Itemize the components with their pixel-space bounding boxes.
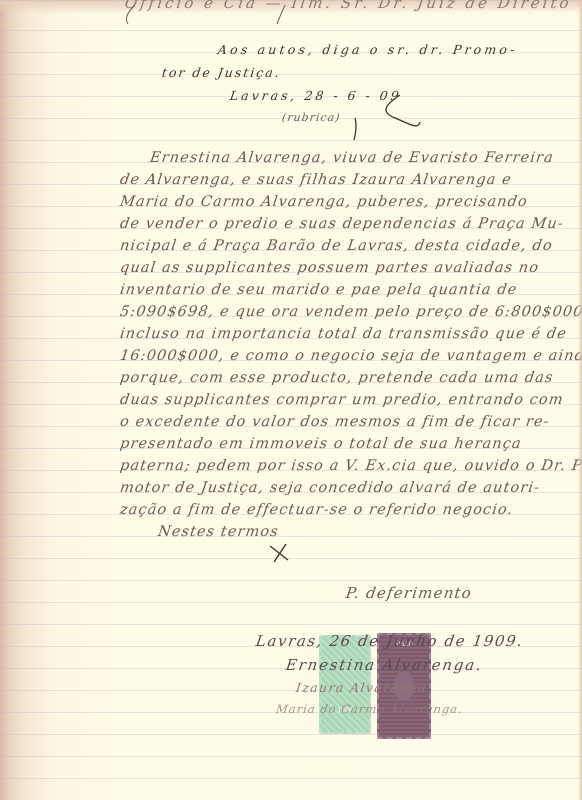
body-line: Ernestina Alvarenga, viuva de Evaristo F…: [149, 150, 555, 166]
header-line: Officio e Cia — Ilm. Sr. Dr. Juiz de Dir…: [124, 0, 573, 12]
place-date: Lavras, 26 de Junho de 1909.: [255, 632, 525, 650]
body-line: qual as supplicantes possuem partes aval…: [119, 260, 540, 276]
body-line: zação a fim de effectuar-se o referido n…: [119, 502, 514, 518]
body-line: Maria do Carmo Alvarenga, puberes, preci…: [119, 194, 529, 210]
body-line: motor de Justiça, seja concedido alvará …: [119, 480, 541, 496]
closing-line: Nestes termos: [157, 524, 280, 540]
signature: Maria do Carmo Alvarenga.: [275, 702, 464, 716]
despacho-date: Lavras, 28 - 6 - 09: [229, 88, 403, 103]
body-line: de Alvarenga, e suas filhas Izaura Alvar…: [119, 172, 513, 188]
despacho-rubrica: (rubrica): [281, 111, 341, 124]
body-line: 5:090$698, e que ora vendem pelo preço d…: [119, 304, 582, 320]
body-line: inventario de seu marido e pae pela quan…: [119, 282, 519, 298]
signature: Izaura Alvarenga.: [295, 680, 434, 695]
document-page: Officio e Cia — Ilm. Sr. Dr. Juiz de Dir…: [0, 0, 582, 800]
body-line: 16:000$000, e como o negocio seja de van…: [119, 348, 582, 364]
body-line: presentado em immoveis o total de sua he…: [119, 436, 523, 452]
body-line: duas supplicantes comprar um predio, ent…: [119, 392, 565, 408]
request-line: P. deferimento: [345, 584, 474, 602]
body-line: incluso na importancia total da transmis…: [119, 326, 568, 342]
body-line: paterna; pedem por isso a V. Ex.cia que,…: [119, 458, 582, 474]
body-line: nicipal e á Praça Barão de Lavras, desta…: [119, 238, 554, 254]
body-line: porque, com esse producto, pretende cada…: [119, 370, 555, 386]
signature: Ernestina Alvarenga.: [285, 656, 484, 674]
despacho-line: Aos autos, diga o sr. dr. Promo-: [217, 42, 519, 57]
despacho-line: tor de Justiça.: [161, 65, 282, 80]
body-line: o excedente do valor dos mesmos a fim de…: [119, 414, 551, 430]
body-line: de vender o predio e suas dependencias á…: [119, 216, 565, 232]
